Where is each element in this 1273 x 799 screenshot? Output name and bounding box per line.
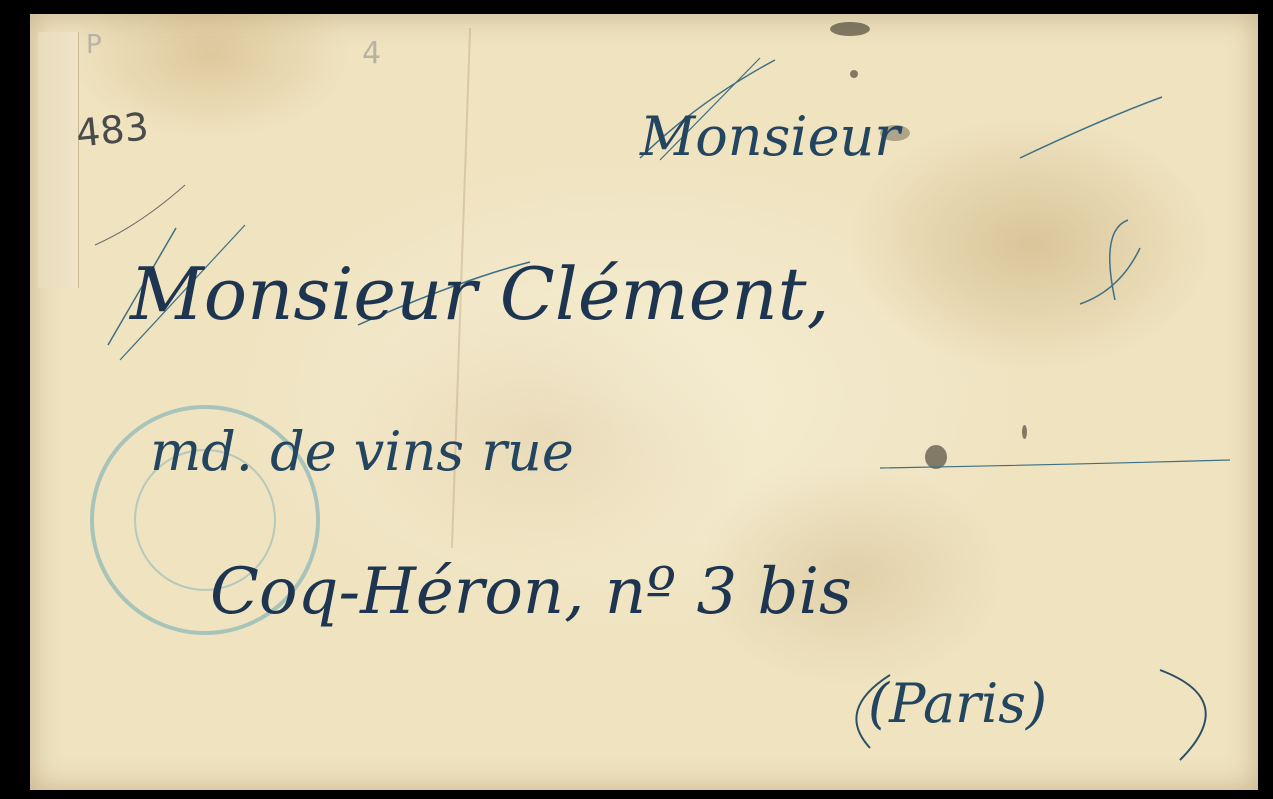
address-line-recipient: Monsieur Clément, [130,252,830,336]
address-line-street-number: Coq-Héron, nº 3 bis [210,555,852,629]
pen-flourishes [0,0,1273,799]
address-line-occupation-street: md. de vins rue [150,420,574,483]
address-line-city: (Paris) [868,672,1047,735]
address-line-salutation: Monsieur [640,105,900,168]
